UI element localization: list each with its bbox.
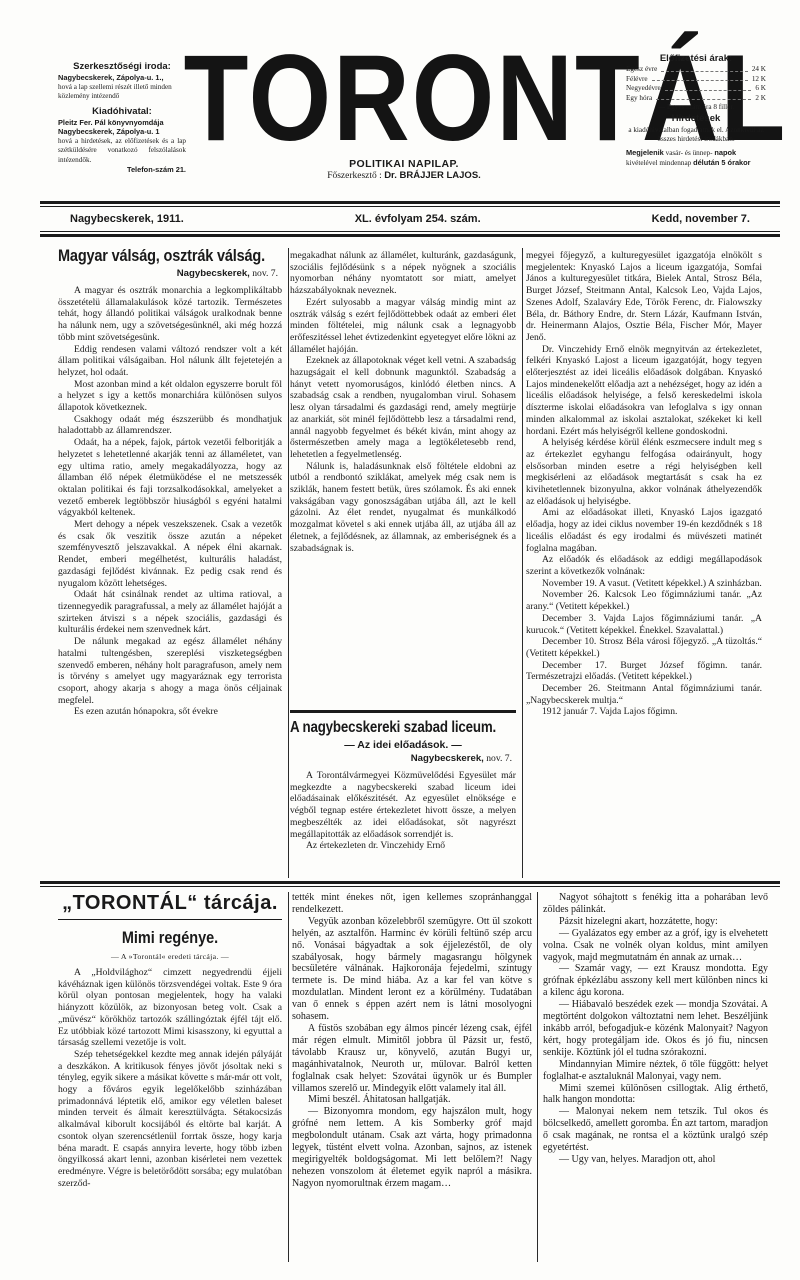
price-row: Egész évre24 K [626,65,766,74]
schedule-text: kivételével mindennap [626,159,691,167]
day-date: Kedd, november 7. [652,213,750,225]
divider [40,881,780,884]
price-row: Egy hóra2 K [626,94,766,103]
volume-number: XL. évfolyam 254. szám. [355,213,481,225]
lecture-item: December 10. Strosz Béla városi főjegyző… [526,636,762,659]
article-body: A magyar és osztrák monarchia a legkompl… [58,285,282,718]
lecture-item: November 26. Kalcsok Leo főgimnáziumi ta… [526,589,762,612]
column-divider [288,892,289,1262]
schedule-text: Megjelenik [626,148,664,157]
column-divider [288,248,289,878]
paragraph: Dr. Vinczehidy Ernő elnök megnyitván az … [526,344,762,438]
publisher-name: Pleitz Fer. Pál könyvnyomdája [58,118,186,127]
paragraph: — Gyalázatos egy ember az a gróf, igy is… [543,928,768,964]
paragraph: Eddig rendesen valami változó rendszer v… [58,344,282,379]
article-kicker: — Az idei előadások. — [290,739,516,751]
subscription-box: Előfizetési árak: Egész évre24 K Félévre… [626,52,766,168]
paragraph: Es ezen azután hónapokra, sőt évekre [58,706,282,718]
schedule-text: vasár- és ünnep- [666,149,713,157]
schedule-text: délután 5 órakor [693,158,751,167]
editorial-heading: Szerkesztőségi iroda: [58,62,186,71]
price-label: Egy hóra [626,94,652,103]
price-label: Negyedévre [626,84,661,93]
divider [40,886,780,887]
paragraph: Ezeknek az állapotoknak véget kell vetni… [290,355,516,460]
lecture-item: November 19. A vasut. (Vetitett képekkel… [526,578,762,590]
paragraph: Nálunk is, haladásunknak első föltétele … [290,461,516,555]
article-dateline: Nagybecskerek, nov. 7. [290,753,512,764]
paragraph: — Szamár vagy, — ezt Krausz mondotta. Eg… [543,963,768,999]
article-place: Nagybecskerek, [177,268,250,279]
paragraph: A Torontálvármegyei Közmüvelődési Egyesü… [290,770,516,840]
divider [40,234,780,237]
paragraph: — Malonyai nekem nem tetszik. Tul okos é… [543,1106,768,1154]
editor-in-chief: Főszerkesztő : Dr. BRÁJJER LAJOS. [188,170,620,181]
divider [40,231,780,232]
editorial-office-box: Szerkesztőségi iroda: Nagybecskerek, Záp… [58,60,186,174]
paragraph: De nálunk megakad az egész államélet néh… [58,636,282,706]
article-date: nov. 7. [252,268,278,279]
editorial-note: hová a lap szellemi részét illető minden… [58,83,186,102]
paragraph: A helyiség kérdése körül élénk eszmecser… [526,437,762,507]
paragraph: Az előadók és előadások az eddigi megáll… [526,554,762,577]
prices-heading: Előfizetési árak: [626,54,766,63]
paragraph: Most azonban mind a két oldalon egyszerr… [58,379,282,414]
paragraph: — Bizonyomra mondom, egy hajszálon mult,… [292,1106,532,1189]
publisher-address: Nagybecskerek, Zápolya-u. 1 [58,127,186,136]
article-magyar-valsag: Magyar válság, osztrák válság. Nagybecsk… [58,247,282,718]
ads-heading: Hirdetések [626,114,766,123]
paragraph: Vegyük azonban közelebbről szemügyre. Ot… [292,916,532,1023]
dateline: Nagybecskerek, 1911. XL. évfolyam 254. s… [40,207,780,231]
article-place: Nagybecskerek, [411,753,484,764]
editorial-address: Nagybecskerek, Zápolya-u. 1., [58,73,186,82]
publication-schedule: Megjelenik vasár- és ünnep- napok kivéte… [626,148,766,169]
paragraph: Mimi szemei különösen csillogtak. Alig é… [543,1083,768,1107]
lecture-item: December 3. Vajda Lajos főgimnáziumi tan… [526,613,762,636]
story-body: A „Holdvilághoz“ cimzett negyedrendü éjj… [58,967,282,1189]
price-value: 6 K [755,84,766,93]
place-year: Nagybecskerek, 1911. [70,213,184,225]
paragraph: Mimi beszél. Áhitatosan hallgatják. [292,1094,532,1106]
price-value: 2 K [755,94,766,103]
editor-name: Dr. BRÁJJER LAJOS. [384,170,481,181]
article-dateline: Nagybecskerek, nov. 7. [58,268,278,279]
divider [40,201,780,204]
feuilleton-section-title: „TORONTÁL“ tárcája. [58,892,282,915]
publisher-note: hová a hirdetések, az előfizetések és a … [58,137,186,165]
paragraph: Az értekezleten dr. Vinczehidy Ernő [290,840,516,852]
paragraph: A „Holdvilághoz“ cimzett negyedrendü éjj… [58,967,282,1049]
price-value: 12 K [752,75,766,84]
price-label: Félévre [626,75,648,84]
paragraph: megakadhat nálunk az államélet, kulturán… [290,250,516,297]
price-value: 24 K [752,65,766,74]
price-row: Félévre12 K [626,75,766,84]
column-divider [537,892,538,1262]
paragraph: Mert dehogy a népek veszekszenek. Csak a… [58,519,282,589]
newspaper-page: Szerkesztőségi iroda: Nagybecskerek, Záp… [40,20,780,1270]
masthead-title-block: TORONTÁL POLITIKAI NAPILAP. Főszerkesztő… [188,42,620,181]
story-body-continued: Nagyot sóhajtott s fenékig itta a pohará… [543,892,768,1166]
ads-note: a kiadóhivatalban fogadtatnak el. Azonkí… [626,126,766,145]
article-headline: A nagybecskereki szabad liceum. [290,719,484,737]
paragraph: Odaát, ha a népek, fajok, pártok vezetői… [58,437,282,519]
paragraph: Szép tehetségekkel kezdte meg annak idej… [58,1049,282,1189]
article-magyar-valsag-continued: megakadhat nálunk az államélet, kulturán… [290,250,516,554]
newspaper-title: TORONTÁL [184,42,625,155]
feuilleton-separator [40,881,780,887]
single-issue-price: — Egyes szám ára 8 fillér. [626,103,766,112]
paragraph: Ami az előadásokat illeti, Knyaskó Lajos… [526,507,762,554]
article-szabad-liceum: A nagybecskereki szabad liceum. — Az ide… [290,710,516,852]
divider [290,710,516,713]
story-title: Mimi regénye. [75,928,265,948]
story-body-continued: tették mint énekes nőt, igen kellemes sz… [292,892,532,1190]
lecture-item: December 17. Burget József főgimn. tanár… [526,660,762,683]
feuilleton-mimi-regenye: „TORONTÁL“ tárcája. Mimi regénye. — A »T… [58,892,282,1189]
paragraph: tették mint énekes nőt, igen kellemes sz… [292,892,532,916]
article-szabad-liceum-continued: megyei főjegyző, a kulturegyesület igazg… [526,250,762,718]
schedule-text: napok [714,148,736,157]
publisher-heading: Kiadóhivatal: [58,107,186,116]
paragraph: — Ugy van, helyes. Maradjon ott, ahol [543,1154,768,1166]
paragraph: Pázsit hizelegni akart, hozzátette, hogy… [543,916,768,928]
column-divider [522,248,523,878]
paragraph: Odaát hát csinálnak rendet az ultima rat… [58,589,282,636]
divider [58,919,282,920]
paragraph: A magyar és osztrák monarchia a legkompl… [58,285,282,344]
story-subtitle: — A »Torontál« eredeti tárcája. — [58,952,282,961]
paragraph: — Hiábavaló beszédek ezek — mondja Szová… [543,999,768,1059]
lecture-item: 1912 január 7. Vajda Lajos főgimn. [526,706,762,718]
price-label: Egész évre [626,65,657,74]
price-row: Negyedévre6 K [626,84,766,93]
phone-number: Telefon-szám 21. [58,165,186,174]
paragraph: Ezért sulyosabb a magyar válság mindig m… [290,297,516,356]
paragraph: Mindannyian Mimire néztek, ő tőle függöt… [543,1059,768,1083]
paragraph: A füstös szobában egy álmos pincér lézen… [292,1023,532,1094]
dateline-bar: Nagybecskerek, 1911. XL. évfolyam 254. s… [40,201,780,237]
paragraph: Nagyot sóhajtott s fenékig itta a pohará… [543,892,768,916]
paragraph: Csakhogy odaát még észszerübb és mondhat… [58,414,282,437]
article-headline: Magyar válság, osztrák válság. [58,247,255,266]
editor-label: Főszerkesztő : [327,171,382,181]
article-date: nov. 7. [486,753,512,764]
article-body: A Torontálvármegyei Közmüvelődési Egyesü… [290,770,516,852]
paragraph: megyei főjegyző, a kulturegyesület igazg… [526,250,762,344]
lecture-item: December 26. Steitmann Antal főgimnázium… [526,683,762,706]
